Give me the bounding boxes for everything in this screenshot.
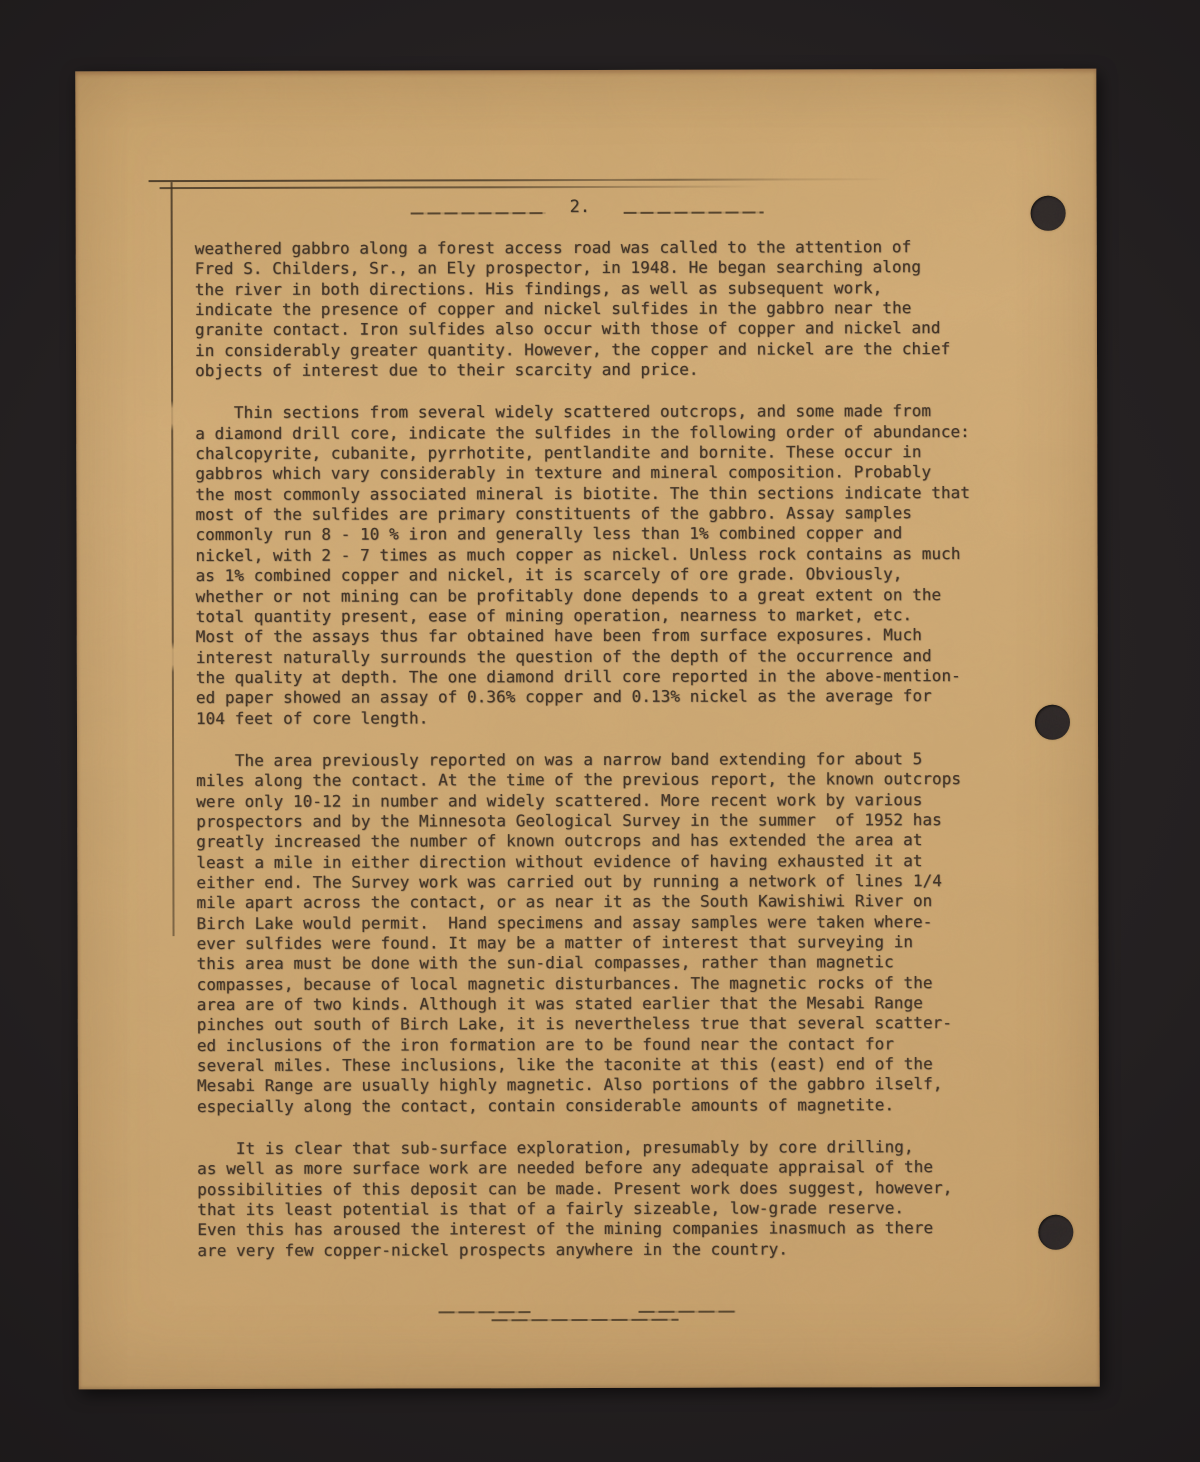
paragraph-3: The area previously reported on was a na… [196,749,1027,1117]
punch-hole-middle [1035,705,1070,740]
border-rule-left [171,182,175,936]
end-rule-left [439,1311,531,1313]
page-number-rule-right [624,212,764,214]
paragraph-1: weathered gabbro along a forest access r… [195,237,1025,382]
page-number-rule-left [411,212,546,214]
end-rule-lower [492,1319,679,1321]
end-rule-right [639,1311,736,1313]
document-page: 2. weathered gabbro along a forest acces… [75,69,1099,1390]
paragraph-2: Thin sections from several widely scatte… [195,401,1026,729]
border-rule-top-inner [160,186,760,189]
punch-hole-top [1031,196,1066,231]
page-number: 2. [570,197,610,217]
punch-hole-bottom [1038,1215,1073,1250]
paragraph-4: It is clear that sub-surface exploration… [197,1137,1027,1261]
scan-background: 2. weathered gabbro along a forest acces… [0,0,1200,1462]
border-rule-top-outer [149,178,894,182]
document-body: weathered gabbro along a forest access r… [195,237,1028,1283]
